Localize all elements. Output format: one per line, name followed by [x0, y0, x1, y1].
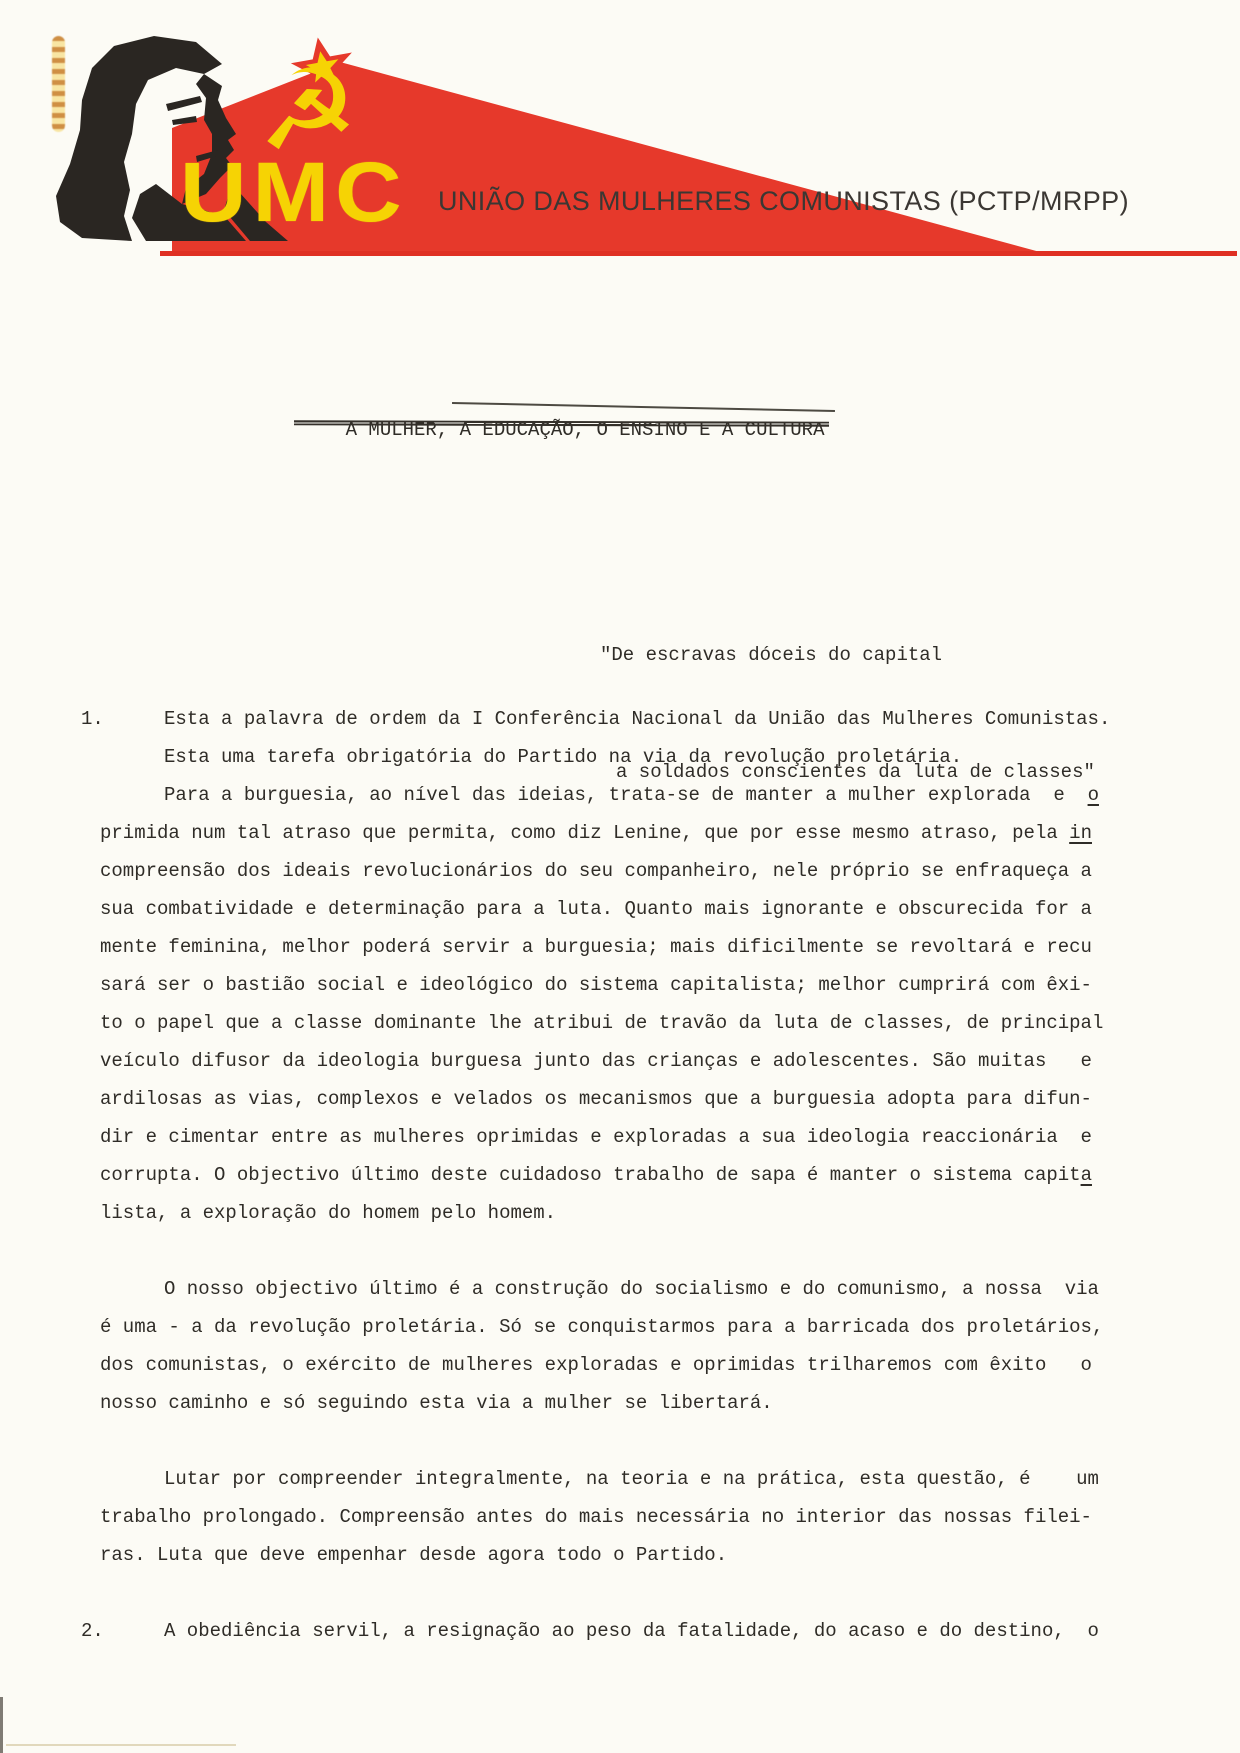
text-segment: Lutar por compreender integralmente, na …	[164, 1468, 1099, 1490]
body-line: é uma - a da revolução proletária. Só se…	[100, 1308, 1120, 1346]
body-line: ras. Luta que deve empenhar desde agora …	[100, 1536, 1120, 1574]
body-line: ardilosas as vias, complexos e velados o…	[100, 1080, 1120, 1118]
scan-edge-artifact	[6, 1744, 236, 1746]
word-break-continuation: o	[1088, 784, 1099, 806]
body-line: Esta uma tarefa obrigatória do Partido n…	[100, 738, 1120, 776]
paragraph: Esta a palavra de ordem da I Conferência…	[100, 700, 1120, 1232]
document-body: 1.Esta a palavra de ordem da I Conferênc…	[100, 700, 1120, 1650]
body-line: dir e cimentar entre as mulheres oprimid…	[100, 1118, 1120, 1156]
text-segment: ras. Luta que deve empenhar desde agora …	[100, 1544, 727, 1566]
body-line: sua combatividade e determinação para a …	[100, 890, 1120, 928]
body-line: Para a burguesia, ao nível das ideias, t…	[100, 776, 1120, 814]
scan-artifact	[52, 36, 65, 132]
body-line: dos comunistas, o exército de mulheres e…	[100, 1346, 1120, 1384]
text-segment: lista, a exploração do homem pelo homem.	[100, 1202, 556, 1224]
body-line: trabalho prolongado. Compreensão antes d…	[100, 1498, 1120, 1536]
body-line: nosso caminho e só seguindo esta via a m…	[100, 1384, 1120, 1422]
numbered-section: 2.A obediência servil, a resignação ao p…	[100, 1612, 1120, 1650]
text-segment: compreensão dos ideais revolucionários d…	[100, 860, 1092, 882]
body-line: corrupta. O objectivo último deste cuida…	[100, 1156, 1120, 1194]
text-segment: dir e cimentar entre as mulheres oprimid…	[100, 1126, 1092, 1148]
text-segment: é uma - a da revolução proletária. Só se…	[100, 1316, 1103, 1338]
org-name: UNIÃO DAS MULHERES COMUNISTAS (PCTP/MRPP…	[438, 186, 1129, 217]
quote-line: "De escravas dóceis do capital	[600, 636, 1095, 675]
body-line: to o papel que a classe dominante lhe at…	[100, 1004, 1120, 1042]
text-segment: O nosso objectivo último é a construção …	[164, 1278, 1099, 1300]
text-segment: A obediência servil, a resignação ao pes…	[164, 1620, 1099, 1642]
text-segment: veículo difusor da ideologia burguesa ju…	[100, 1050, 1092, 1072]
scan-edge-artifact	[0, 1697, 3, 1753]
paragraph: Lutar por compreender integralmente, na …	[100, 1460, 1120, 1574]
body-line: Esta a palavra de ordem da I Conferência…	[100, 700, 1120, 738]
body-line: mente feminina, melhor poderá servir a b…	[100, 928, 1120, 966]
text-segment: mente feminina, melhor poderá servir a b…	[100, 936, 1092, 958]
body-line: veículo difusor da ideologia burguesa ju…	[100, 1042, 1120, 1080]
text-segment: primida num tal atraso que permita, como…	[100, 822, 1069, 844]
title-strike-line	[452, 402, 835, 412]
text-segment: Esta uma tarefa obrigatória do Partido n…	[164, 746, 962, 768]
text-segment: nosso caminho e só seguindo esta via a m…	[100, 1392, 773, 1414]
document-title: A MULHER, A EDUCAÇÃO, O ENSINO E A CULTU…	[300, 397, 825, 507]
text-segment: ardilosas as vias, complexos e velados o…	[100, 1088, 1092, 1110]
body-line: Lutar por compreender integralmente, na …	[100, 1460, 1120, 1498]
header-rule	[160, 251, 1237, 256]
text-segment: trabalho prolongado. Compreensão antes d…	[100, 1506, 1092, 1528]
text-segment: Esta a palavra de ordem da I Conferência…	[164, 708, 1110, 730]
text-segment: sua combatividade e determinação para a …	[100, 898, 1092, 920]
paragraph: O nosso objectivo último é a construção …	[100, 1270, 1120, 1422]
section-number: 1.	[81, 700, 104, 738]
body-line: O nosso objectivo último é a construção …	[100, 1270, 1120, 1308]
text-segment: dos comunistas, o exército de mulheres e…	[100, 1354, 1092, 1376]
word-break-continuation: in	[1069, 822, 1092, 844]
paragraph: A obediência servil, a resignação ao pes…	[100, 1612, 1120, 1650]
org-acronym: UMC	[180, 150, 408, 235]
section-number: 2.	[81, 1612, 104, 1650]
scanned-document-page: ☭ UMC UNIÃO DAS MULHERES COMUNISTAS (PCT…	[0, 0, 1240, 1753]
text-segment: corrupta. O objectivo último deste cuida…	[100, 1164, 1081, 1186]
word-break-continuation: a	[1081, 1164, 1092, 1186]
body-line: compreensão dos ideais revolucionários d…	[100, 852, 1120, 890]
text-segment: to o papel que a classe dominante lhe at…	[100, 1012, 1103, 1034]
body-line: primida num tal atraso que permita, como…	[100, 814, 1120, 852]
body-line: sará ser o bastião social e ideológico d…	[100, 966, 1120, 1004]
masthead: ☭ UMC UNIÃO DAS MULHERES COMUNISTAS (PCT…	[0, 0, 1240, 270]
body-line: lista, a exploração do homem pelo homem.	[100, 1194, 1120, 1232]
text-segment: sará ser o bastião social e ideológico d…	[100, 974, 1092, 996]
body-line: A obediência servil, a resignação ao pes…	[100, 1612, 1120, 1650]
text-segment: Para a burguesia, ao nível das ideias, t…	[164, 784, 1088, 806]
numbered-section: 1.Esta a palavra de ordem da I Conferênc…	[100, 700, 1120, 1574]
